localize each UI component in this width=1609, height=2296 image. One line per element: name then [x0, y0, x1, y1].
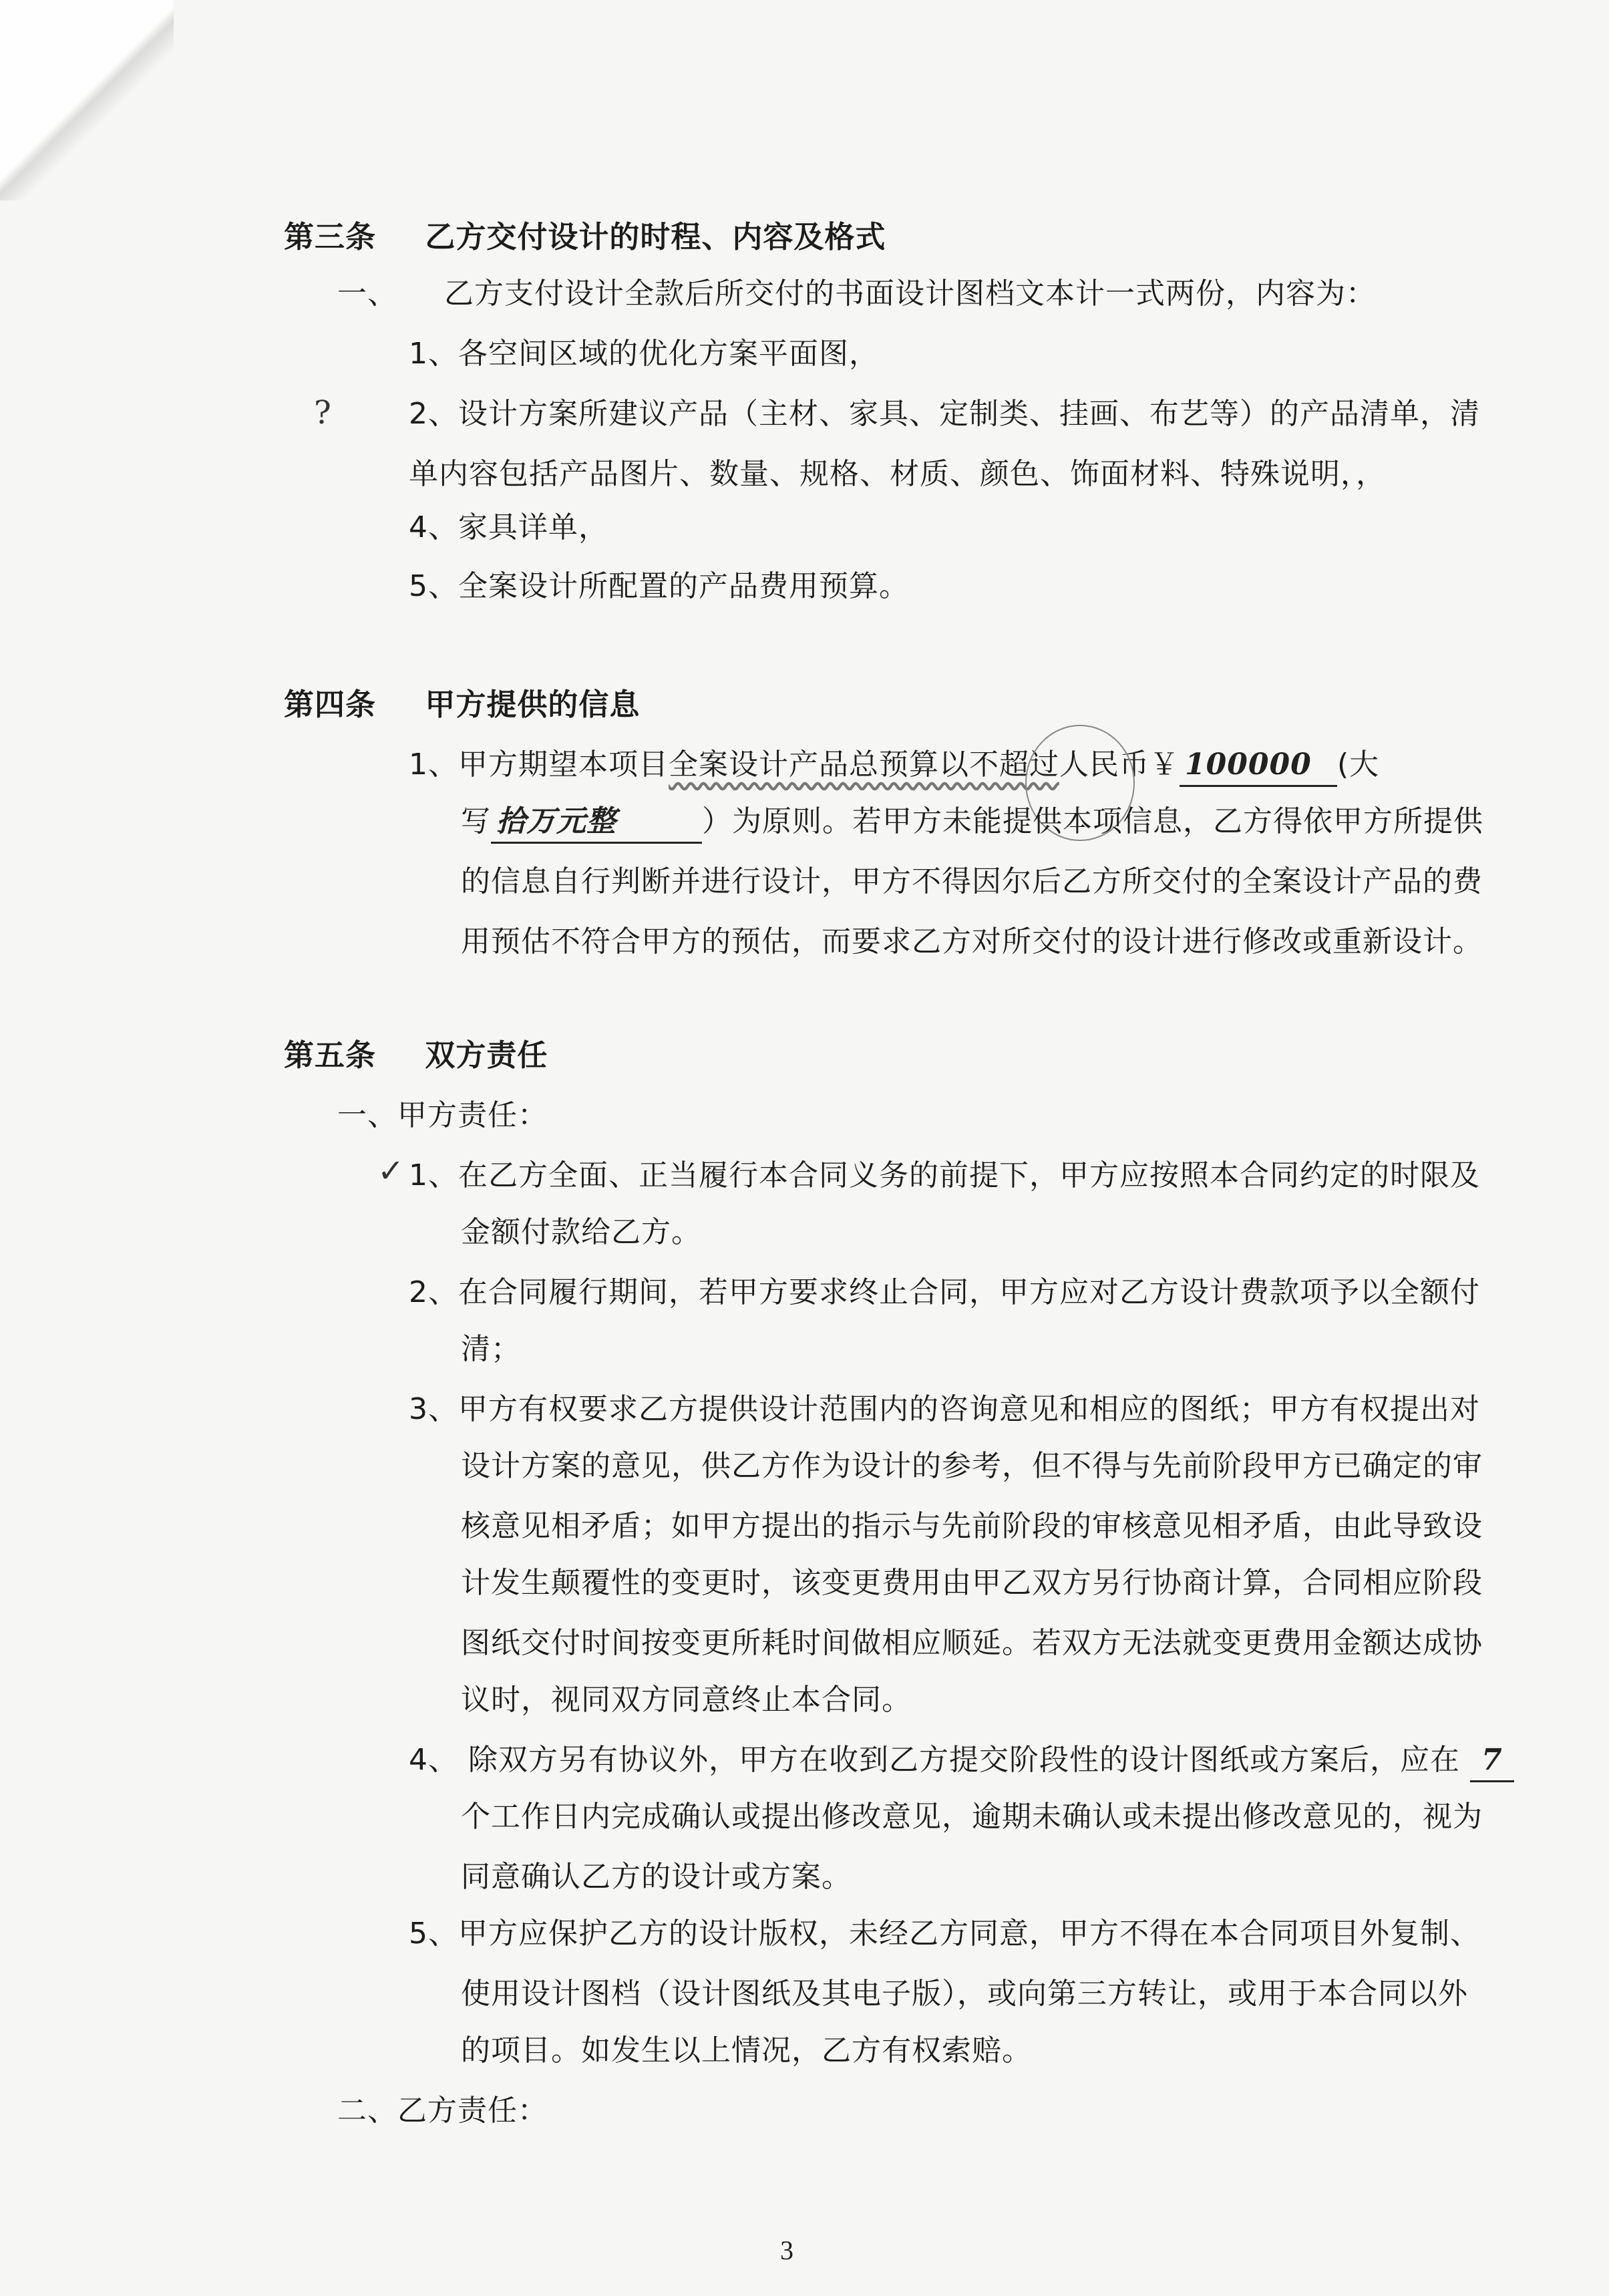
section3-list-item: 2、设计方案所建议产品（主材、家具、定制类、挂画、布艺等）的产品清单，清 — [409, 394, 1480, 434]
text-span: 1、甲方期望本项目 — [409, 748, 669, 782]
partyA-item5-line2: 使用设计图档（设计图纸及其电子版），或向第三方转让，或用于本合同以外 — [461, 1974, 1468, 2014]
folded-corner — [0, 0, 174, 200]
text-span: ）为原则。若甲方未能提供本项信息，乙方得依甲方所提供 — [702, 804, 1483, 838]
section4-para-line1: 1、甲方期望本项目全案设计产品总预算以不超过人民币￥100000(大 — [409, 745, 1379, 787]
section4-heading: 第四条 甲方提供的信息 — [284, 685, 640, 725]
item1-prefix: 一、 — [337, 277, 397, 311]
section4-title: 甲方提供的信息 — [425, 687, 640, 722]
partyA-item2-line2: 清； — [461, 1329, 521, 1369]
section5-number: 第五条 — [284, 1037, 376, 1073]
section4-number: 第四条 — [284, 687, 376, 722]
partyA-item4-line3: 同意确认乙方的设计或方案。 — [461, 1857, 852, 1897]
section3-heading: 第三条 乙方交付设计的时程、内容及格式 — [284, 217, 886, 257]
section3-list-item: 1、各空间区域的优化方案平面图， — [409, 334, 879, 374]
partyA-item3-line4: 计发生颠覆性的变更时，该变更费用由甲乙双方另行协商计算，合同相应阶段 — [461, 1563, 1483, 1603]
contract-page: 第三条 乙方交付设计的时程、内容及格式 一、 乙方支付设计全款后所交付的书面设计… — [0, 0, 1609, 2296]
partyA-item3-line1: 3、甲方有权要求乙方提供设计范围内的咨询意见和相应的图纸；甲方有权提出对 — [409, 1389, 1480, 1430]
partyB-responsibilities-heading: 二、乙方责任： — [337, 2091, 548, 2131]
partyA-item1-line1: 1、在乙方全面、正当履行本合同义务的前提下，甲方应按照本合同约定的时限及 — [409, 1156, 1480, 1196]
section3-list-item: 单内容包括产品图片、数量、规格、材质、颜色、饰面材料、特殊说明，， — [409, 454, 1386, 494]
section3-list-item: 4、家具详单， — [409, 508, 608, 548]
partyA-item3-line2: 设计方案的意见，供乙方作为设计的参考，但不得与先前阶段甲方已确定的审 — [461, 1446, 1483, 1486]
partyA-item5-line1: 5、甲方应保护乙方的设计版权，未经乙方同意，甲方不得在本合同项目外复制、 — [409, 1914, 1480, 1954]
wavy-underlined-text: 全案设计产品总预算以不超过 — [669, 748, 1059, 782]
checkmark-icon: ✓ — [377, 1152, 404, 1190]
section3-item1: 一、 乙方支付设计全款后所交付的书面设计图档文本计一式两份，内容为： — [337, 274, 1376, 314]
handwritten-amount-words: 拾万元整 — [491, 802, 702, 844]
partyA-item3-line3: 核意见相矛盾；如甲方提出的指示与先前阶段的审核意见相矛盾，由此导致设 — [461, 1506, 1483, 1546]
partyA-item2-line1: 2、在合同履行期间，若甲方要求终止合同，甲方应对乙方设计费款项予以全额付 — [409, 1273, 1480, 1313]
text-span: 写 — [461, 804, 491, 838]
partyA-item3-line6: 议时，视同双方同意终止本合同。 — [461, 1680, 912, 1720]
section4-para-line2: 写拾万元整）为原则。若甲方未能提供本项信息，乙方得依甲方所提供 — [461, 802, 1483, 844]
partyA-responsibilities-heading: 一、甲方责任： — [337, 1096, 548, 1136]
section5-title: 双方责任 — [425, 1037, 548, 1073]
page-number: 3 — [780, 2235, 793, 2266]
section3-list-item: 5、全案设计所配置的产品费用预算。 — [409, 566, 909, 607]
handwritten-days: 7 — [1470, 1740, 1514, 1782]
section4-para-line4: 用预估不符合甲方的预估，而要求乙方对所交付的设计进行修改或重新设计。 — [461, 922, 1483, 962]
pen-bracket-mark: ? — [314, 394, 331, 432]
partyA-item5-line3: 的项目。如发生以上情况，乙方有权索赔。 — [461, 2031, 1032, 2071]
item1-text: 乙方支付设计全款后所交付的书面设计图档文本计一式两份，内容为： — [444, 277, 1376, 311]
partyA-item4-line1: 4、 除双方另有协议外，甲方在收到乙方提交阶段性的设计图纸或方案后，应在 7 — [409, 1740, 1514, 1782]
section4-para-line3: 的信息自行判断并进行设计，甲方不得因尔后乙方所交付的全案设计产品的费 — [461, 862, 1483, 902]
section3-number: 第三条 — [284, 219, 376, 255]
handwritten-amount-number: 100000 — [1180, 745, 1337, 787]
partyA-item3-line5: 图纸交付时间按变更所耗时间做相应顺延。若双方无法就变更费用金额达成协 — [461, 1623, 1483, 1663]
partyA-item4-line2: 个工作日内完成确认或提出修改意见，逾期未确认或未提出修改意见的，视为 — [461, 1797, 1483, 1837]
text-span: 4、 除双方另有协议外，甲方在收到乙方提交阶段性的设计图纸或方案后，应在 — [409, 1743, 1460, 1777]
text-span: (大 — [1337, 748, 1379, 782]
section3-title: 乙方交付设计的时程、内容及格式 — [425, 219, 886, 255]
partyA-item1-line2: 金额付款给乙方。 — [461, 1212, 701, 1253]
section5-heading: 第五条 双方责任 — [284, 1035, 548, 1076]
